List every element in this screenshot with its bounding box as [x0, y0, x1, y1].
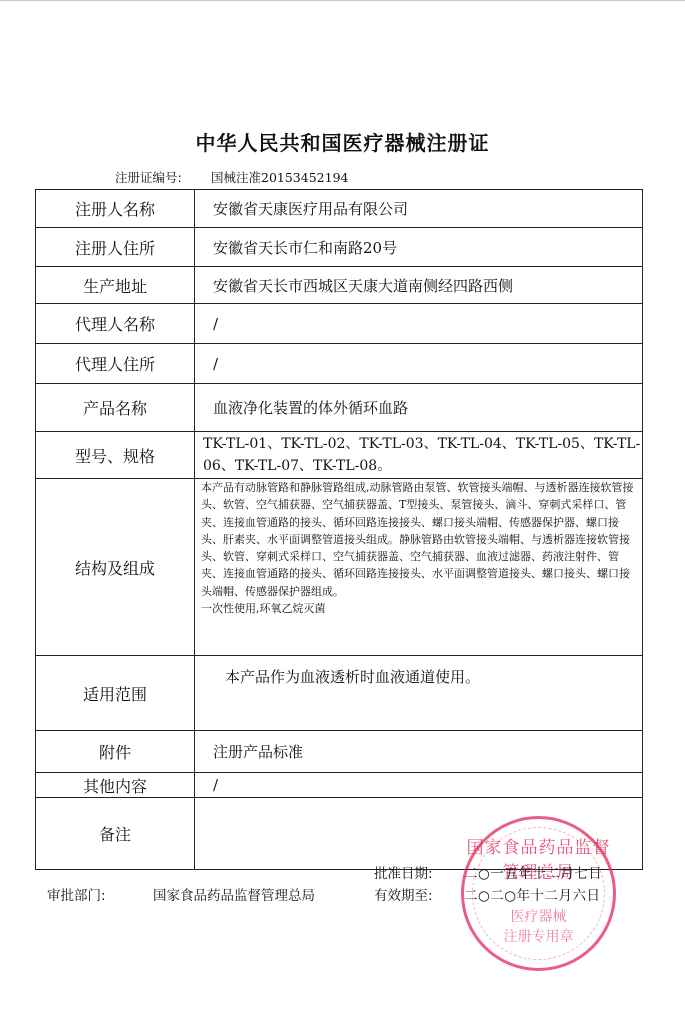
approval-department-value: 国家食品药品监督管理总局: [153, 888, 315, 904]
row-structure-composition: 结构及组成 本产品有动脉管路和静脉管路组成,动脉管路由泵管、软管接头端帽、与透析…: [36, 479, 643, 656]
registration-number-label: 注册证编号:: [115, 168, 211, 186]
field-value: /: [195, 773, 643, 798]
row-other: 其他内容 /: [36, 773, 643, 798]
seal-center-line-2: 注册专用章: [464, 927, 613, 947]
valid-until: 有效期至:二○二○年十二月六日: [374, 885, 602, 907]
structure-text: 本产品有动脉管路和静脉管路组成,动脉管路由泵管、软管接头端帽、与透析器连接软管接…: [201, 479, 640, 600]
field-label: 结构及组成: [36, 479, 195, 656]
field-value: /: [195, 304, 643, 344]
seal-center-line-1: 医疗器械: [464, 907, 613, 927]
field-label: 代理人名称: [36, 304, 195, 344]
approval-department: 审批部门:国家食品药品监督管理总局: [47, 884, 315, 904]
document-title: 中华人民共和国医疗器械注册证: [0, 127, 685, 156]
row-attachment: 附件 注册产品标准: [36, 731, 643, 773]
field-value: 安徽省天长市仁和南路20号: [195, 228, 643, 267]
field-label: 备注: [36, 798, 195, 870]
field-label: 适用范围: [36, 656, 195, 731]
field-label: 附件: [36, 731, 195, 773]
field-value: 本产品有动脉管路和静脉管路组成,动脉管路由泵管、软管接头端帽、与透析器连接软管接…: [195, 479, 643, 656]
field-value: /: [195, 344, 643, 384]
row-scope: 适用范围 本产品作为血液透析时血液通道使用。: [36, 656, 643, 731]
approval-date-value: 二○一五年十二月七日: [464, 866, 602, 882]
field-value: 注册产品标准: [195, 731, 643, 773]
field-value: 血液净化装置的体外循环血路: [195, 384, 643, 432]
registration-number-value: 国械注准20153452194: [211, 170, 348, 185]
certificate-table: 注册人名称 安徽省天康医疗用品有限公司 注册人住所 安徽省天长市仁和南路20号 …: [35, 189, 643, 870]
field-label: 产品名称: [36, 384, 195, 432]
field-value: 安徽省天康医疗用品有限公司: [195, 190, 643, 228]
field-value: 安徽省天长市西城区天康大道南侧经四路西侧: [195, 267, 643, 304]
row-agent-name: 代理人名称 /: [36, 304, 643, 344]
valid-until-value: 二○二○年十二月六日: [464, 888, 601, 904]
valid-until-label: 有效期至:: [374, 885, 464, 907]
field-label: 注册人住所: [36, 228, 195, 267]
field-value: TK-TL-01、TK-TL-02、TK-TL-03、TK-TL-04、TK-T…: [195, 432, 643, 479]
row-registrant-name: 注册人名称 安徽省天康医疗用品有限公司: [36, 190, 643, 228]
row-product-name: 产品名称 血液净化装置的体外循环血路: [36, 384, 643, 432]
field-label: 代理人住所: [36, 344, 195, 384]
approval-date: 批准日期:二○一五年十二月七日: [374, 863, 602, 885]
row-registrant-address: 注册人住所 安徽省天长市仁和南路20号: [36, 228, 643, 267]
field-label: 注册人名称: [36, 190, 195, 228]
field-label: 型号、规格: [36, 432, 195, 479]
row-production-address: 生产地址 安徽省天长市西城区天康大道南侧经四路西侧: [36, 267, 643, 304]
row-agent-address: 代理人住所 /: [36, 344, 643, 384]
structure-note: 一次性使用,环氧乙烷灭菌: [201, 600, 640, 617]
dates-block: 批准日期:二○一五年十二月七日 有效期至:二○二○年十二月六日: [374, 863, 602, 907]
row-models-specs: 型号、规格 TK-TL-01、TK-TL-02、TK-TL-03、TK-TL-0…: [36, 432, 643, 479]
field-value: [195, 798, 643, 870]
field-label: 生产地址: [36, 267, 195, 304]
approval-date-label: 批准日期:: [374, 863, 464, 885]
row-remarks: 备注: [36, 798, 643, 870]
field-value: 本产品作为血液透析时血液通道使用。: [195, 656, 643, 731]
seal-center-text: 医疗器械 注册专用章: [464, 907, 613, 947]
approval-department-label: 审批部门:: [47, 884, 153, 904]
field-label: 其他内容: [36, 773, 195, 798]
registration-number: 注册证编号:国械注准20153452194: [115, 168, 348, 186]
